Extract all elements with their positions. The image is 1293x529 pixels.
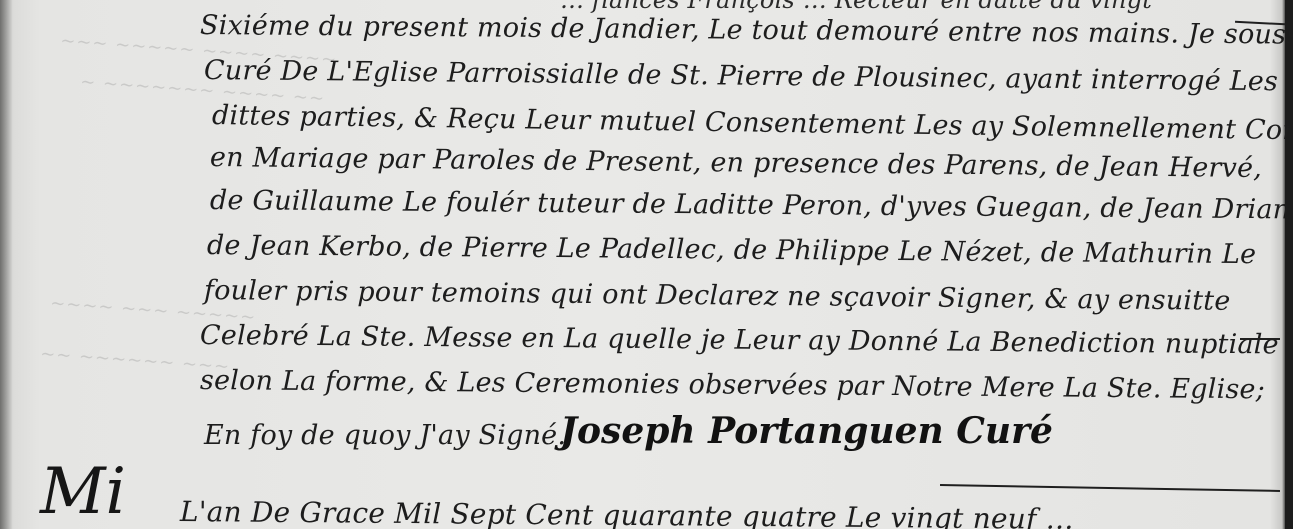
record-line-5: de Guillaume Le foulér tuteur de Laditte… [210,185,1293,226]
record-line-7: fouler pris pour temoins qui ont Declare… [204,275,1231,317]
page-border [1285,0,1293,529]
scanned-register-page: ~~~ ~~~~~ ~~~~ ~~~~ ~ ~~~~~~~ ~~~~ ~~ ~~… [0,0,1293,529]
next-entry-line: L'an De Grace Mil Sept Cent quarante qua… [180,495,1074,529]
record-line-2: Curé De L'Eglise Parroissialle de St. Pi… [204,55,1278,97]
record-line-10: En foy de quoy J'ay Signé. [204,420,566,451]
partial-previous-line: … fiancés François … Recteur en datte du… [560,0,1152,14]
record-line-3: dittes parties, & Reçu Leur mutuel Conse… [212,100,1293,147]
record-line-6: de Jean Kerbo, de Pierre Le Padellec, de… [207,230,1257,270]
record-line-1: Sixiéme du present mois de Jandier, Le t… [200,10,1293,51]
signature-flourish [940,484,1280,492]
record-line-8: Celebré La Ste. Messe en La quelle je Le… [200,320,1279,360]
curate-signature: Joseph Portanguen Curé [560,410,1053,452]
record-line-9: selon La forme, & Les Ceremonies observé… [200,365,1265,405]
line-end-flourish [1240,338,1280,340]
record-line-4: en Mariage par Paroles de Present, en pr… [210,142,1262,184]
margin-annotation: Mi [40,455,126,529]
binding-shadow [0,0,12,529]
